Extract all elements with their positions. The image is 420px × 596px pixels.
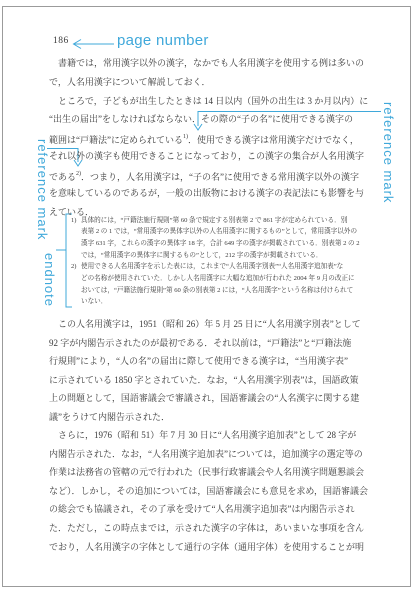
endnote-1-line: 表第 2 の 1 では，“常用漢字の異体字以外の人名用漢字に関するもの”として，… (71, 226, 371, 238)
body-line: 行規則”により，“人の名”の届出に際して使用できる漢字は，“当用漢字表” (49, 352, 369, 371)
endnote-text: 使用できる人名用漢字を示した表には，これまで“人名用漢字別表”“人名用漢字追加表… (81, 263, 343, 270)
paragraph-4: さらに，1976（昭和 51）年 7 月 30 日に“人名用漢字追加表”として … (49, 426, 369, 556)
body-line: さらに，1976（昭和 51）年 7 月 30 日に“人名用漢字追加表”として … (49, 426, 369, 445)
body-line: 上の問題として，国語審議会で審議され，国語審議会の“人名漢字に関する建 (49, 389, 369, 408)
paragraph-3: この人名用漢字は，1951（昭和 26）年 5 月 25 日に“人名用漢字別表”… (49, 315, 369, 427)
body-line: 92 字が内閣告示されたのが最初である．それ以前は，“戸籍法”と“戸籍法施 (49, 334, 369, 353)
reference-mark-left-annotation-label: reference mark (35, 139, 50, 240)
page-number-annotation-label: page number (117, 32, 209, 49)
body-text: ．使用できる漢字は常用漢字だけでなく， (188, 135, 359, 145)
body-line: 範囲は“戸籍法”に定められている1)．使用できる漢字は常用漢字だけでなく， (49, 129, 369, 148)
body-line: で，人名用漢字について解説しておく． (49, 73, 369, 92)
endnote-2-line: おいては，“戸籍法施行規則”第 60 条の別表第 2 には，“人名用漢字”という… (71, 285, 371, 297)
reference-mark-2: 2) (76, 171, 81, 177)
endnote-2-line: いない． (71, 296, 371, 308)
endnotes-block: 1)具体的には，“戸籍法施行規則”第 60 条で規定する別表第 2 で 861 … (71, 215, 371, 309)
paragraph-2: ところで，子どもが出生したときは 14 日以内（国外の出生は 3 か月以内）に … (49, 92, 369, 222)
body-text: 範囲は“戸籍法”に定められている (49, 135, 183, 145)
body-line: の総会でも協議され，その了承を受けて“人名用漢字追加表”は内閣告示され (49, 500, 369, 519)
endnote-1-number: 1) (71, 215, 81, 227)
body-line: でおり，人名用漢字の字体として通行の字体（通用字体）を使用することが明 (49, 538, 369, 557)
body-line: 議”をうけて内閣告示された． (49, 408, 369, 427)
endnote-text: 具体的には，“戸籍法施行規則”第 60 条で規定する別表第 2 で 861 字が… (81, 217, 347, 224)
body-line: など）．しかし，その追加については，国語審議会にも意見を求め，国語審議会 (49, 482, 369, 501)
reference-mark-right-annotation-label: reference mark (381, 102, 396, 203)
book-page-figure: 186 page number reference mark reference… (0, 0, 420, 596)
body-line: それ以外の漢字も使用できることになっており，この漢字の集合が人名用漢字 (49, 147, 369, 166)
body-line: た．ただし，この時点までは，示された漢字の字体は，あいまいな事項を含ん (49, 519, 369, 538)
body-text: である (49, 172, 76, 182)
endnote-2-line: どの名称が使用されていた．しかし人名用漢字に大幅な追加が行われた 2004 年 … (71, 273, 371, 285)
body-line: ところで，子どもが出生したときは 14 日以内（国外の出生は 3 か月以内）に (49, 92, 369, 111)
body-line: を意味しているのであるが，一般の出版物における漢字の表記法にも影響を与 (49, 184, 369, 203)
body-text: ．つまり，人名用漢字は，“子の名”に使用できる常用漢字以外の漢字 (81, 172, 359, 182)
paragraph-1: 書籍では，常用漢字以外の漢字，なかでも人名用漢字を使用する例は多いの で，人名用… (49, 54, 369, 91)
body-line: 書籍では，常用漢字以外の漢字，なかでも人名用漢字を使用する例は多いの (49, 54, 369, 73)
reference-mark-1: 1) (183, 134, 188, 140)
body-line: “出生の届出”をしなければならない．その際の“子の名”に使用できる漢字の (49, 110, 369, 129)
body-line: この人名用漢字は，1951（昭和 26）年 5 月 25 日に“人名用漢字別表”… (49, 315, 369, 334)
body-line: 内閣告示された．なお，“人名用漢字追加表”については，追加漢字の選定等の (49, 445, 369, 464)
page-number: 186 (53, 36, 69, 46)
body-line: に示されている 1850 字とされていた．なお，“人名用漢字別表”は，国語政策 (49, 371, 369, 390)
body-line: 作業は法務省の管轄の元で行われた（民事行政審議会や人名用漢字問題懇談会 (49, 463, 369, 482)
endnote-2-line: 2)使用できる人名用漢字を示した表には，これまで“人名用漢字別表”“人名用漢字追… (71, 261, 371, 273)
endnote-1-line: 1)具体的には，“戸籍法施行規則”第 60 条で規定する別表第 2 で 861 … (71, 215, 371, 227)
body-line: である2)．つまり，人名用漢字は，“子の名”に使用できる常用漢字以外の漢字 (49, 166, 369, 185)
endnote-2-number: 2) (71, 261, 81, 273)
endnote-annotation-label: endnote (42, 253, 57, 307)
endnote-1-line: 漢字 631 字，これらの漢字の異体字 18 字，合計 649 字の漢字が掲載さ… (71, 238, 371, 250)
endnote-1-line: では，“常用漢字の異体字に関するもの”として，212 字の漢字が掲載されている． (71, 250, 371, 262)
